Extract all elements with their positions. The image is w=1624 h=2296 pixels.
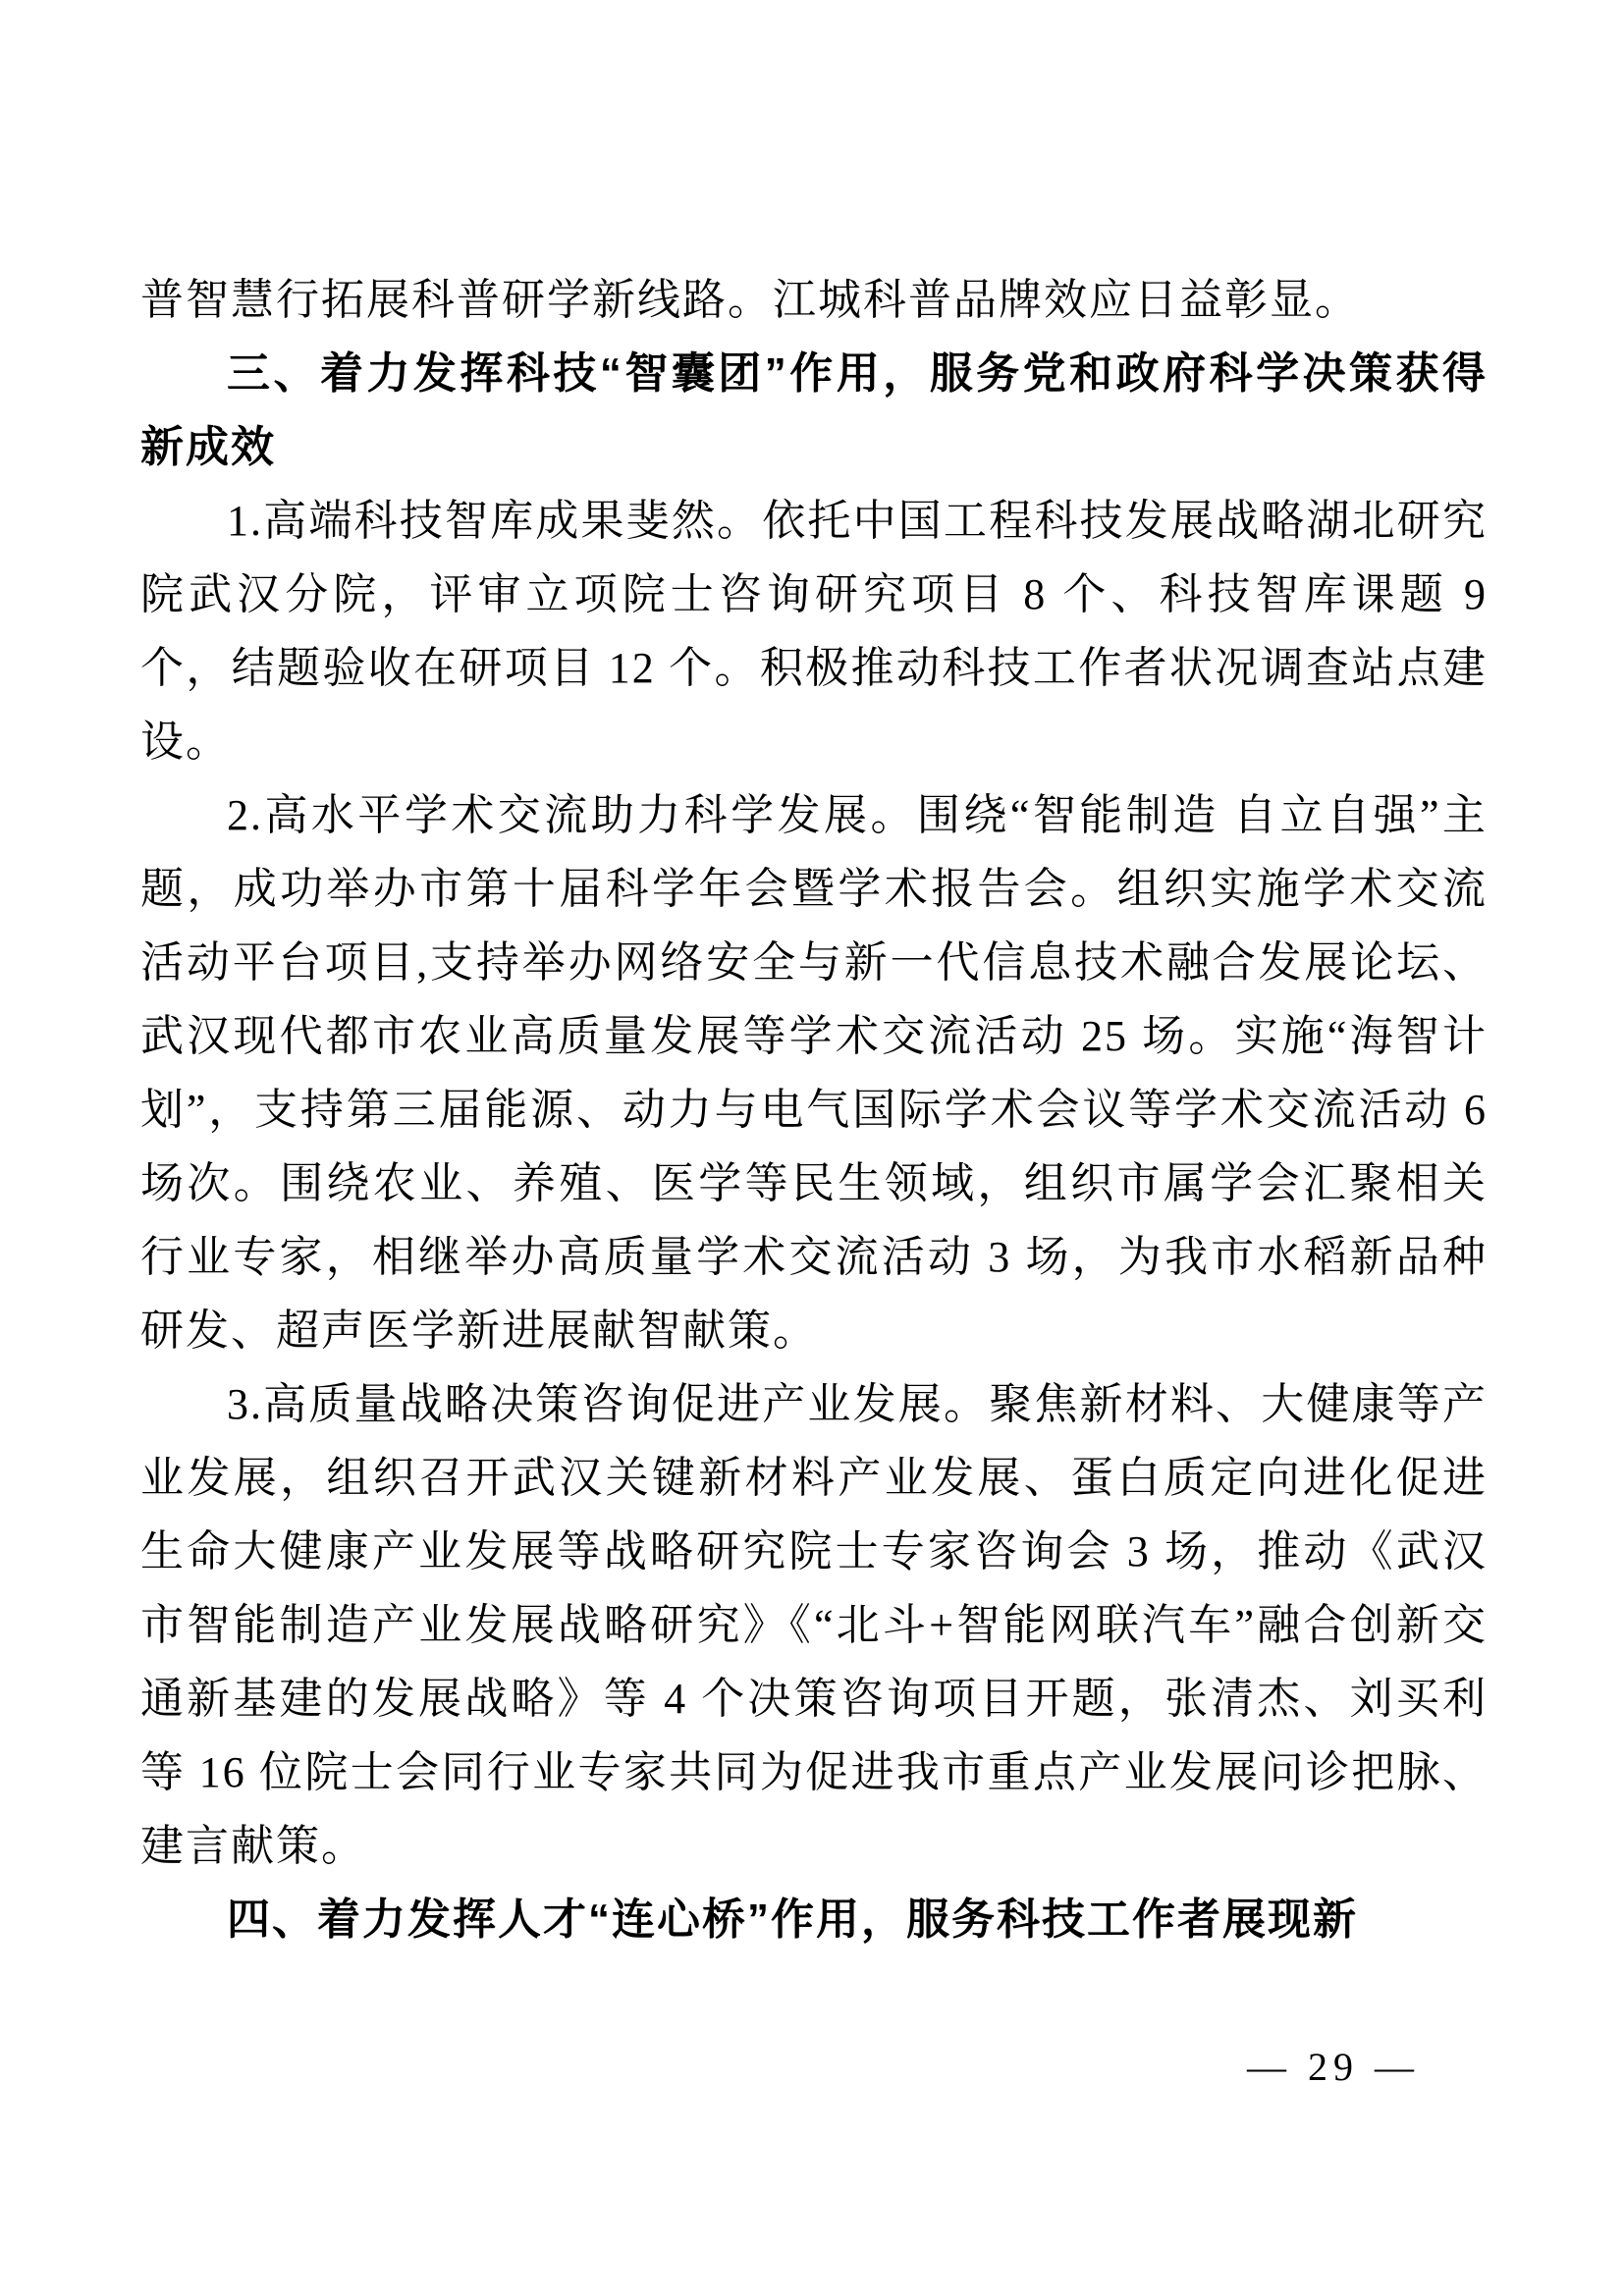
paragraph-continuation: 普智慧行拓展科普研学新线路。江城科普品牌效应日益彰显。	[140, 263, 1488, 337]
document-page: 普智慧行拓展科普研学新线路。江城科普品牌效应日益彰显。 三、着力发挥科技“智囊团…	[140, 263, 1488, 1956]
paragraph-strategic-consulting: 3.高质量战略决策咨询促进产业发展。聚焦新材料、大健康等产业发展，组织召开武汉关…	[140, 1367, 1488, 1883]
paragraph-think-tank: 1.高端科技智库成果斐然。依托中国工程科技发展战略湖北研究院武汉分院，评审立项院…	[140, 484, 1488, 778]
page-number: — 29 —	[1247, 2044, 1420, 2090]
paragraph-academic-exchange: 2.高水平学术交流助力科学发展。围绕“智能制造 自立自强”主题，成功举办市第十届…	[140, 778, 1488, 1367]
section-heading-three: 三、着力发挥科技“智囊团”作用，服务党和政府科学决策获得新成效	[140, 337, 1488, 484]
section-heading-four: 四、着力发挥人才“连心桥”作用，服务科技工作者展现新	[140, 1883, 1488, 1956]
